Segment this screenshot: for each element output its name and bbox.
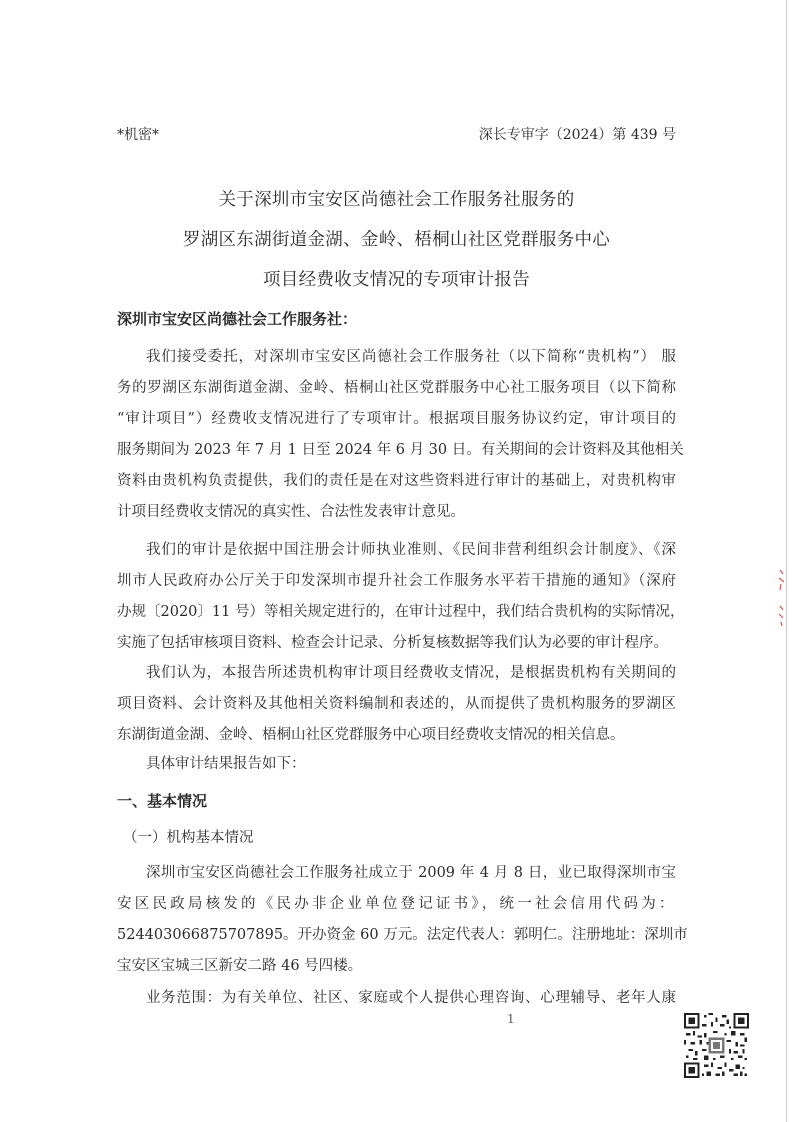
text-line: 务的罗湖区东湖街道金湖、金岭、梧桐山社区党群服务中心社工服务项目（以下简称 xyxy=(117,373,676,404)
text-line: 资料由贵机构负责提供，我们的责任是在对这些资料进行审计的基础上，对贵机构审 xyxy=(117,466,676,497)
text-line: 宝安区宝城三区新安二路 46 号四楼。 xyxy=(117,951,676,982)
addressee: 深圳市宝安区尚德社会工作服务社： xyxy=(117,308,357,329)
qr-code xyxy=(684,1013,749,1078)
text-line: 安区民政局核发的《民办非企业单位登记证书》，统一社会信用代码为： xyxy=(117,889,676,920)
text-line: 计项目经费收支情况的真实性、合法性发表审计意见。 xyxy=(117,497,676,528)
text-line: 业务范围：为有关单位、社区、家庭或个人提供心理咨询、心理辅导、老年人康 xyxy=(117,983,676,1014)
text-line: “审计项目”）经费收支情况进行了专项审计。根据项目服务协议约定，审计项目的 xyxy=(117,404,676,435)
subsection-heading-org-info: （一）机构基本情况 xyxy=(123,826,254,847)
section-heading-basic-info: 一、基本情况 xyxy=(117,790,207,811)
text-line: 项目资料、会计资料及其他相关资料编制和表述的，从而提供了贵机构服务的罗湖区 xyxy=(117,689,676,720)
title-line-1: 关于深圳市宝安区尚德社会工作服务社服务的 xyxy=(117,186,676,211)
text-line: 具体审计结果报告如下： xyxy=(117,749,676,780)
paragraph-results-intro: 具体审计结果报告如下： xyxy=(117,749,676,780)
page-edge-line xyxy=(786,0,787,1122)
text-line: 我们接受委托，对深圳市宝安区尚德社会工作服务社（以下简称“贵机构”） 服 xyxy=(117,342,676,373)
document-header: *机密* 深长专审字（2024）第 439 号 xyxy=(117,124,676,146)
text-line: 我们的审计是依据中国注册会计师执业准则、《民间非营利组织会计制度》、《深 xyxy=(117,535,676,566)
title-line-3: 项目经费收支情况的专项审计报告 xyxy=(117,266,676,291)
text-line: 服务期间为 2023 年 7 月 1 日至 2024 年 6 月 30 日。有关… xyxy=(117,435,676,466)
text-line: 东湖街道金湖、金岭、梧桐山社区党群服务中心项目经费收支情况的相关信息。 xyxy=(117,720,676,751)
text-line: 办规〔2020〕11 号）等相关规定进行的，在审计过程中，我们结合贵机构的实际情… xyxy=(117,597,676,628)
title-line-2: 罗湖区东湖街道金湖、金岭、梧桐山社区党群服务中心 xyxy=(117,226,676,251)
page-number: 1 xyxy=(507,1012,515,1026)
paragraph-org-details: 深圳市宝安区尚德社会工作服务社成立于 2009 年 4 月 8 日，业已取得深圳… xyxy=(117,858,676,982)
classification-label: *机密* xyxy=(117,124,159,144)
text-line: 我们认为，本报告所述贵机构审计项目经费收支情况，是根据贵机构有关期间的 xyxy=(117,658,676,689)
document-number: 深长专审字（2024）第 439 号 xyxy=(479,124,676,144)
paragraph-opinion: 我们认为，本报告所述贵机构审计项目经费收支情况，是根据贵机构有关期间的 项目资料… xyxy=(117,658,676,751)
text-line: 实施了包括审核项目资料、检查会计记录、分析复核数据等我们认为必要的审计程序。 xyxy=(117,628,676,659)
text-line: 524403066875707895。开办资金 60 万元。法定代表人：郭明仁。… xyxy=(117,920,676,951)
paragraph-business-scope: 业务范围：为有关单位、社区、家庭或个人提供心理咨询、心理辅导、老年人康 xyxy=(117,983,676,1014)
paragraph-engagement: 我们接受委托，对深圳市宝安区尚德社会工作服务社（以下简称“贵机构”） 服 务的罗… xyxy=(117,342,676,528)
text-line: 圳市人民政府办公厅关于印发深圳市提升社会工作服务水平若干措施的通知》（深府 xyxy=(117,566,676,597)
seal-stamp-fragment xyxy=(777,568,787,628)
paragraph-audit-basis: 我们的审计是依据中国注册会计师执业准则、《民间非营利组织会计制度》、《深 圳市人… xyxy=(117,535,676,659)
text-line: 深圳市宝安区尚德社会工作服务社成立于 2009 年 4 月 8 日，业已取得深圳… xyxy=(117,858,676,889)
